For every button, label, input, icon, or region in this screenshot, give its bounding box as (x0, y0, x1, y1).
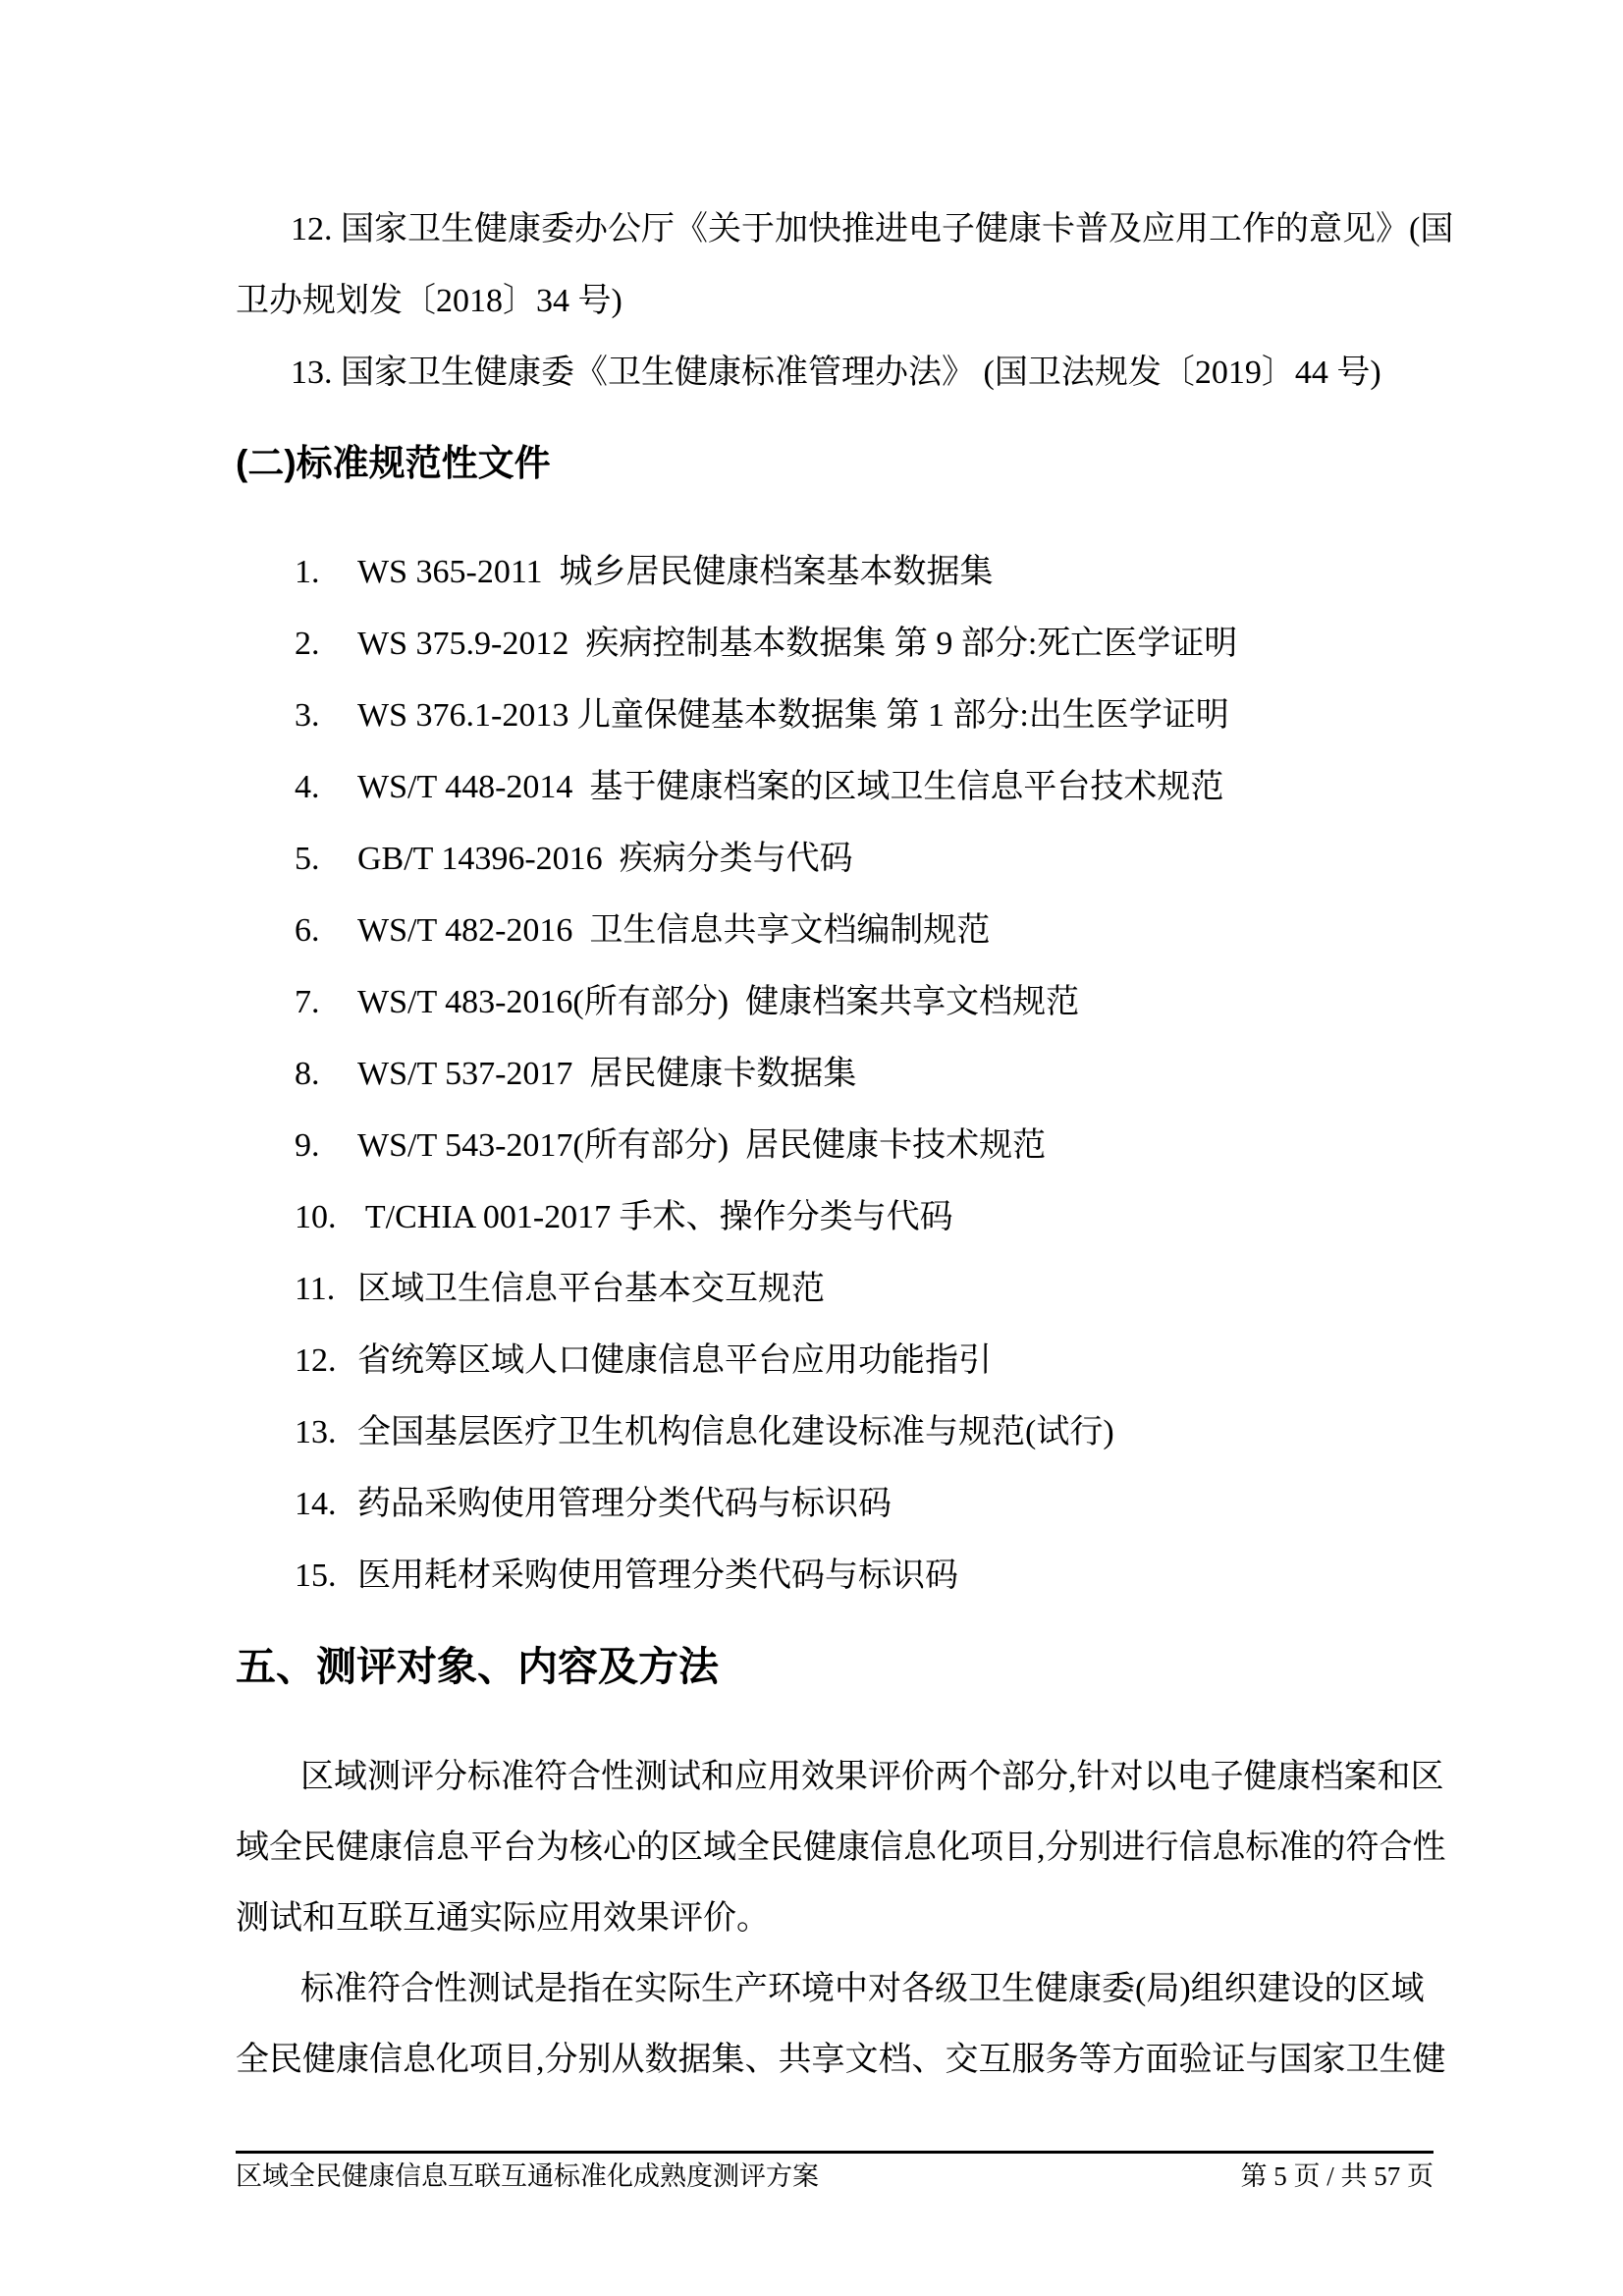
subsection-heading: (二)标准规范性文件 (236, 442, 551, 485)
list-item-number: 11. (295, 1270, 357, 1309)
reference-line: 13. 国家卫生健康委《卫生健康标准管理办法》 (国卫法规发〔2019〕44 号… (291, 354, 1381, 393)
list-item-number: 6. (295, 911, 357, 951)
list-item-number: 3. (295, 696, 357, 736)
list-item: 3.WS 376.1-2013 儿童保健基本数据集 第 1 部分:出生医学证明 (295, 696, 1229, 736)
list-item-number: 10. (295, 1198, 357, 1237)
list-item-number: 13. (295, 1413, 357, 1452)
list-item: 5.GB/T 14396-2016 疾病分类与代码 (295, 840, 853, 879)
list-item: 10. T/CHIA 001-2017 手术、操作分类与代码 (295, 1198, 953, 1237)
section-heading: 五、测评对象、内容及方法 (236, 1643, 719, 1690)
paragraph-line: 区域测评分标准符合性测试和应用效果评价两个部分,针对以电子健康档案和区 (300, 1758, 1444, 1797)
list-item-text: GB/T 14396-2016 疾病分类与代码 (357, 841, 853, 877)
paragraph-line: 测试和互联互通实际应用效果评价。 (236, 1899, 770, 1939)
list-item: 12.省统筹区域人口健康信息平台应用功能指引 (295, 1341, 992, 1381)
list-item-text: WS 365-2011 城乡居民健康档案基本数据集 (357, 554, 994, 590)
list-item-text: WS/T 537-2017 居民健康卡数据集 (357, 1056, 856, 1092)
footer-divider (236, 2151, 1434, 2154)
list-item-number: 8. (295, 1055, 357, 1094)
reference-line: 12. 国家卫生健康委办公厅《关于加快推进电子健康卡普及应用工作的意见》(国 (291, 210, 1453, 249)
list-item-number: 9. (295, 1126, 357, 1166)
list-item: 13.全国基层医疗卫生机构信息化建设标准与规范(试行) (295, 1413, 1114, 1452)
list-item-number: 14. (295, 1485, 357, 1524)
list-item-text: T/CHIA 001-2017 手术、操作分类与代码 (357, 1199, 953, 1235)
list-item-number: 4. (295, 768, 357, 807)
list-item: 6.WS/T 482-2016 卫生信息共享文档编制规范 (295, 911, 990, 951)
footer-document-title: 区域全民健康信息互联互通标准化成熟度测评方案 (236, 2160, 819, 2192)
list-item-number: 7. (295, 983, 357, 1022)
list-item: 7.WS/T 483-2016(所有部分) 健康档案共享文档规范 (295, 983, 1079, 1022)
list-item: 2.WS 375.9-2012 疾病控制基本数据集 第 9 部分:死亡医学证明 (295, 625, 1237, 664)
list-item: 8.WS/T 537-2017 居民健康卡数据集 (295, 1055, 856, 1094)
list-item-text: WS 375.9-2012 疾病控制基本数据集 第 9 部分:死亡医学证明 (357, 626, 1237, 662)
list-item-text: WS/T 483-2016(所有部分) 健康档案共享文档规范 (357, 984, 1079, 1020)
list-item-number: 5. (295, 840, 357, 879)
list-item-number: 15. (295, 1557, 357, 1596)
document-page: 12. 国家卫生健康委办公厅《关于加快推进电子健康卡普及应用工作的意见》(国 卫… (0, 0, 1623, 2296)
list-item: 9.WS/T 543-2017(所有部分) 居民健康卡技术规范 (295, 1126, 1046, 1166)
list-item-number: 2. (295, 625, 357, 664)
paragraph-line: 域全民健康信息平台为核心的区域全民健康信息化项目,分别进行信息标准的符合性 (236, 1829, 1446, 1868)
list-item-text: WS/T 448-2014 基于健康档案的区域卫生信息平台技术规范 (357, 769, 1223, 805)
list-item-text: 医用耗材采购使用管理分类代码与标识码 (357, 1558, 958, 1594)
reference-line: 卫办规划发〔2018〕34 号) (236, 282, 622, 321)
list-item-text: 省统筹区域人口健康信息平台应用功能指引 (357, 1342, 992, 1379)
list-item: 1.WS 365-2011 城乡居民健康档案基本数据集 (295, 553, 994, 592)
list-item-number: 1. (295, 553, 357, 592)
paragraph-line: 全民健康信息化项目,分别从数据集、共享文档、交互服务等方面验证与国家卫生健 (236, 2041, 1446, 2080)
list-item: 11.区域卫生信息平台基本交互规范 (295, 1270, 825, 1309)
footer-page-number: 第 5 页 / 共 57 页 (1240, 2160, 1434, 2192)
list-item-text: 区域卫生信息平台基本交互规范 (357, 1271, 825, 1307)
list-item-text: 全国基层医疗卫生机构信息化建设标准与规范(试行) (357, 1414, 1114, 1450)
list-item: 4.WS/T 448-2014 基于健康档案的区域卫生信息平台技术规范 (295, 768, 1223, 807)
list-item-text: WS 376.1-2013 儿童保健基本数据集 第 1 部分:出生医学证明 (357, 697, 1229, 734)
list-item-number: 12. (295, 1341, 357, 1381)
list-item: 15.医用耗材采购使用管理分类代码与标识码 (295, 1557, 958, 1596)
paragraph-line: 标准符合性测试是指在实际生产环境中对各级卫生健康委(局)组织建设的区域 (300, 1970, 1425, 2009)
list-item: 14.药品采购使用管理分类代码与标识码 (295, 1485, 892, 1524)
list-item-text: WS/T 482-2016 卫生信息共享文档编制规范 (357, 912, 990, 949)
list-item-text: WS/T 543-2017(所有部分) 居民健康卡技术规范 (357, 1127, 1046, 1164)
list-item-text: 药品采购使用管理分类代码与标识码 (357, 1486, 892, 1522)
